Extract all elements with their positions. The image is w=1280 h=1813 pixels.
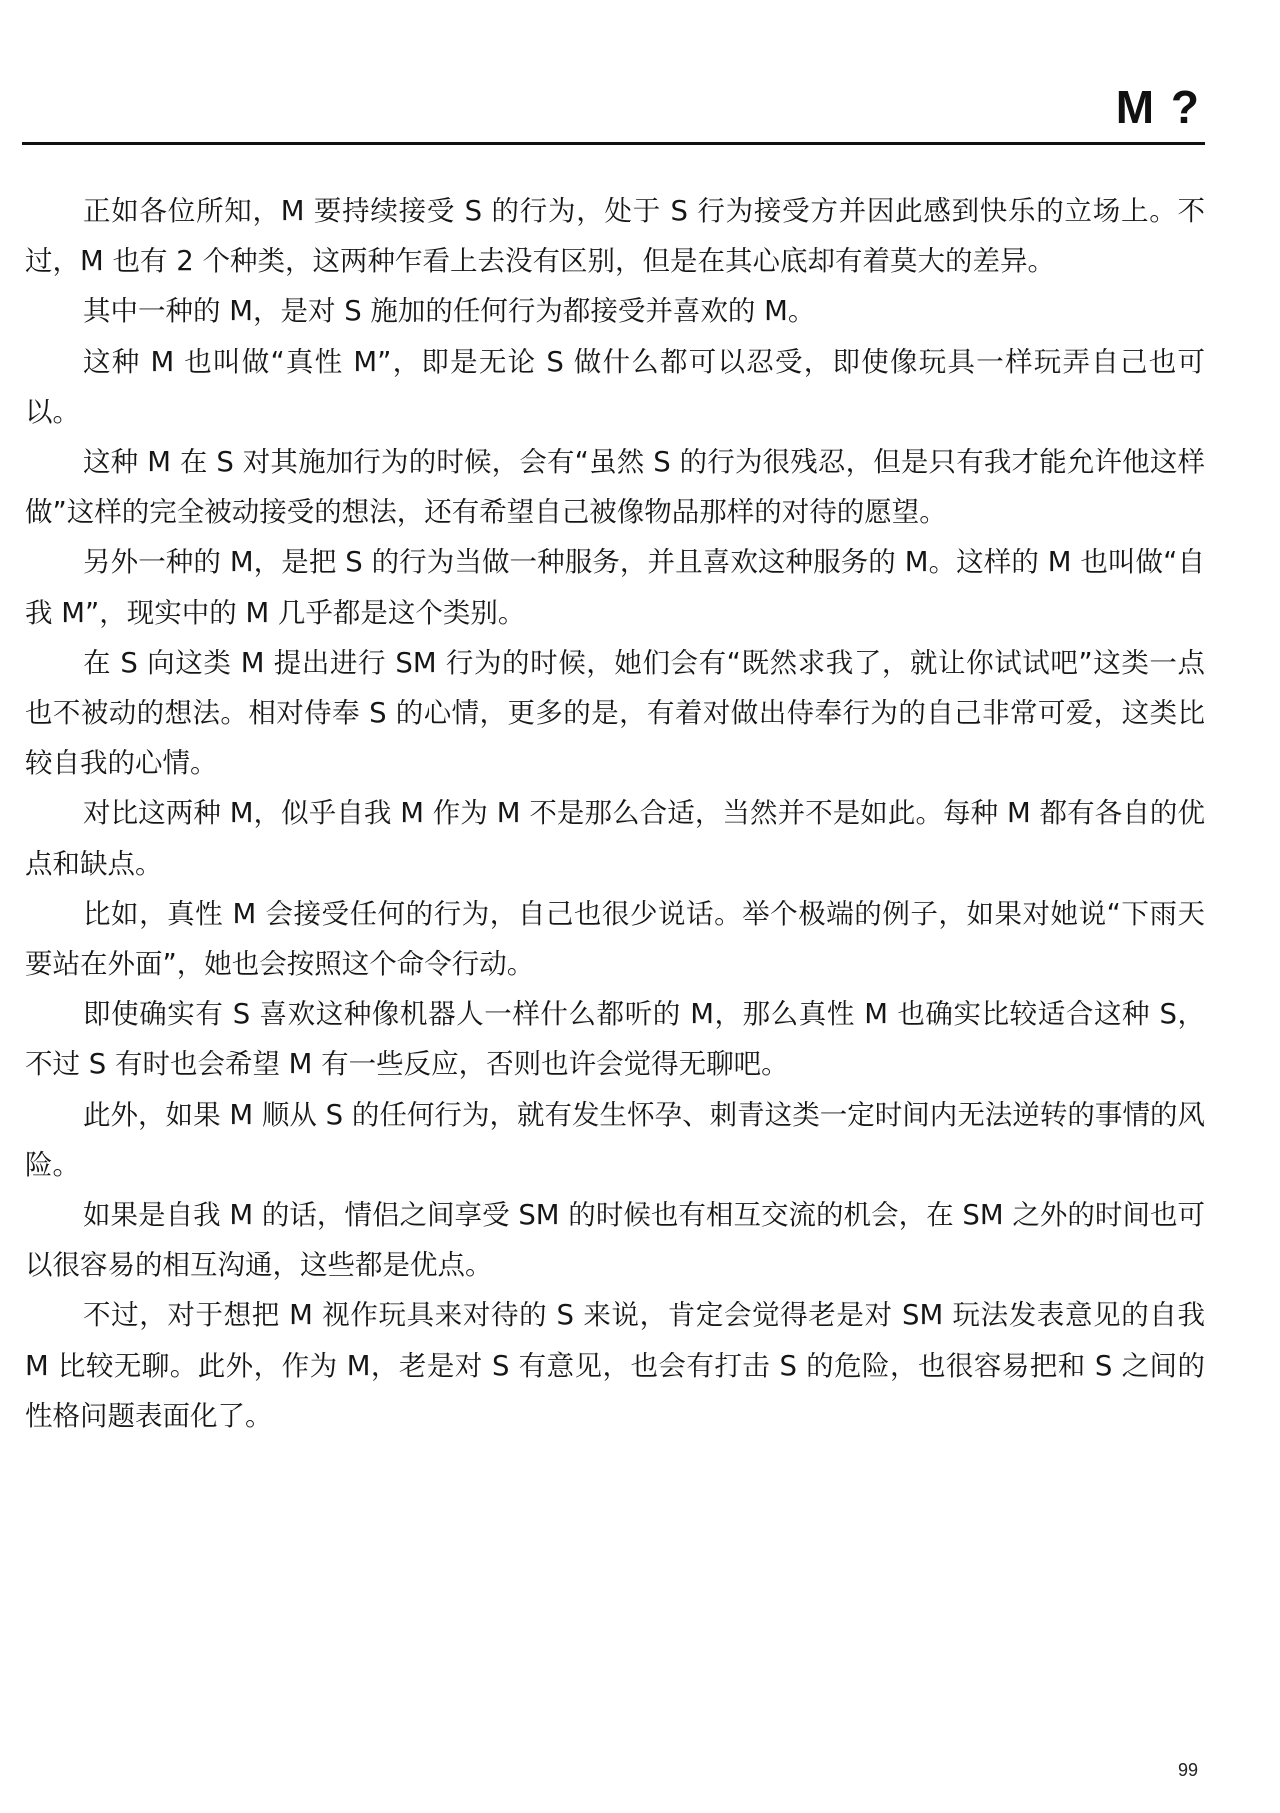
paragraph: 此外，如果 M 顺从 S 的任何行为，就有发生怀孕、刺青这类一定时间内无法逆转的… (25, 1090, 1205, 1190)
body-text: 正如各位所知，M 要持续接受 S 的行为，处于 S 行为接受方并因此感到快乐的立… (25, 186, 1205, 1441)
paragraph: 在 S 向这类 M 提出进行 SM 行为的时候，她们会有“既然求我了，就让你试试… (25, 638, 1205, 789)
paragraph: 这种 M 在 S 对其施加行为的时候，会有“虽然 S 的行为很残忍，但是只有我才… (25, 437, 1205, 537)
paragraph: 正如各位所知，M 要持续接受 S 的行为，处于 S 行为接受方并因此感到快乐的立… (25, 186, 1205, 286)
paragraph: 另外一种的 M，是把 S 的行为当做一种服务，并且喜欢这种服务的 M。这样的 M… (25, 537, 1205, 637)
paragraph: 其中一种的 M，是对 S 施加的任何行为都接受并喜欢的 M。 (25, 286, 1205, 336)
paragraph: 不过，对于想把 M 视作玩具来对待的 S 来说，肯定会觉得老是对 SM 玩法发表… (25, 1290, 1205, 1441)
page-title: M ? (1116, 80, 1201, 134)
paragraph: 比如，真性 M 会接受任何的行为，自己也很少说话。举个极端的例子，如果对她说“下… (25, 889, 1205, 989)
paragraph: 即使确实有 S 喜欢这种像机器人一样什么都听的 M，那么真性 M 也确实比较适合… (25, 989, 1205, 1089)
paragraph: 如果是自我 M 的话，情侣之间享受 SM 的时候也有相互交流的机会，在 SM 之… (25, 1190, 1205, 1290)
page-number: 99 (1178, 1760, 1198, 1781)
paragraph: 这种 M 也叫做“真性 M”，即是无论 S 做什么都可以忍受，即使像玩具一样玩弄… (25, 337, 1205, 437)
paragraph: 对比这两种 M，似乎自我 M 作为 M 不是那么合适，当然并不是如此。每种 M … (25, 788, 1205, 888)
page-header: M ? (22, 78, 1205, 145)
